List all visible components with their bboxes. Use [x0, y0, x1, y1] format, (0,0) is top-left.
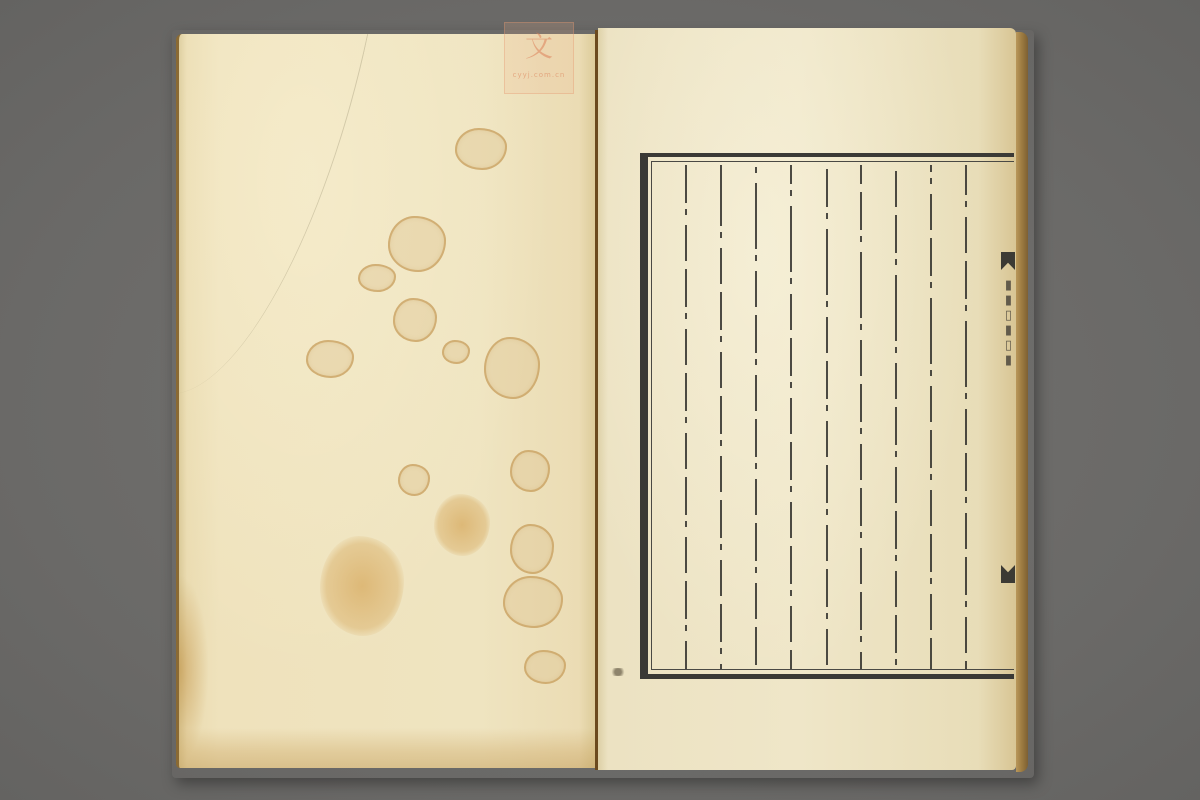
column-rule — [895, 165, 897, 669]
fishtail-mark-icon — [1001, 565, 1015, 583]
frame-inner-border — [651, 161, 1014, 670]
bottom-stain — [179, 728, 599, 768]
column-rule — [685, 165, 687, 669]
column-rule — [965, 165, 967, 669]
column-rule — [720, 165, 722, 669]
margin-title-text: ▮▮▯▮▯▮ — [1000, 278, 1016, 368]
column-rule — [930, 165, 932, 669]
ink-smudge — [608, 668, 628, 676]
page-block-edge — [1016, 32, 1028, 772]
column-rule — [826, 165, 828, 669]
paper-crease — [176, 34, 368, 394]
fishtail-mark-icon — [1001, 252, 1015, 270]
center-fold-margin: ▮▮▯▮▯▮ — [1000, 160, 1016, 678]
column-rule — [790, 165, 792, 669]
watermark: 文 cyyj.com.cn — [504, 22, 574, 94]
watermark-glyph: 文 — [505, 23, 573, 71]
watermark-caption: cyyj.com.cn — [505, 71, 573, 79]
column-rule — [860, 165, 862, 669]
column-rule — [755, 165, 757, 669]
